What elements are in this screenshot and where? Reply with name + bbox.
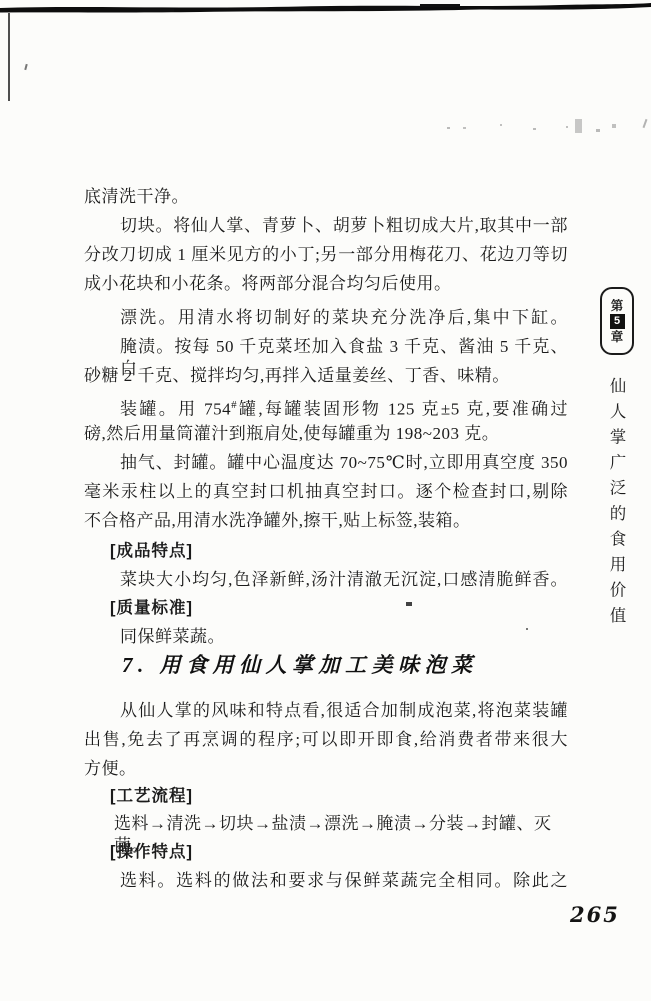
bracket-heading-process-flow: [工艺流程] — [84, 785, 568, 807]
section-heading: 7. 用食用仙人掌加工美味泡菜 — [84, 649, 478, 679]
body-line-text: 装罐。用 754 — [120, 400, 231, 419]
scanned-book-page: 底清洗干净。 切块。将仙人掌、青萝卜、胡萝卜粗切成大片,取其中一部 分改刀切成 … — [0, 0, 651, 1001]
body-line: 装罐。用 754#罐,每罐装固形物 125 克±5 克,要准确过 — [84, 394, 568, 421]
body-line: 毫米汞柱以上的真空封口机抽真空封口。逐个检查封口,剔除 — [84, 481, 568, 503]
chapter-tab-prefix: 第 — [611, 299, 624, 313]
page-number: 265 — [570, 902, 620, 927]
body-line: 砂糖 2 千克、搅拌均匀,再拌入适量姜丝、丁香、味精。 — [84, 365, 568, 387]
body-line: 方便。 — [84, 758, 568, 780]
bracket-heading-operation-points: [操作特点] — [84, 841, 568, 863]
scan-edge-artifact — [0, 0, 651, 16]
body-line-text: 罐,每罐装固形物 125 克±5 克,要准确过 — [237, 400, 568, 419]
body-line: 漂洗。用清水将切制好的菜块充分洗净后,集中下缸。 — [84, 307, 568, 329]
body-line: 抽气、封罐。罐中心温度达 70~75℃时,立即用真空度 350 — [84, 452, 568, 474]
body-line: 出售,免去了再烹调的程序;可以即开即食,给消费者带来很大 — [84, 729, 568, 751]
body-line: 磅,然后用量筒灌汁到瓶肩处,使每罐重为 198~203 克。 — [84, 423, 568, 445]
body-line: 成小花块和小花条。将两部分混合均匀后使用。 — [84, 273, 568, 295]
chapter-number-badge: 5 — [610, 314, 625, 329]
chapter-tab: 第 5 章 — [600, 287, 634, 355]
body-line: 分改刀切成 1 厘米见方的小丁;另一部分用梅花刀、花边刀等切 — [84, 244, 568, 266]
body-line: 选料。选料的做法和要求与保鲜菜蔬完全相同。除此之 — [84, 870, 568, 892]
body-line: 从仙人掌的风味和特点看,很适合加制成泡菜,将泡菜装罐 — [84, 700, 568, 722]
body-line: 底清洗干净。 — [84, 186, 568, 208]
body-line: 同保鲜菜蔬。 — [84, 626, 568, 648]
body-line: 菜块大小均匀,色泽新鲜,汤汁清澈无沉淀,口感清脆鲜香。 — [84, 569, 568, 591]
body-line: 切块。将仙人掌、青萝卜、胡萝卜粗切成大片,取其中一部 — [84, 215, 568, 237]
scan-border-line-artifact — [8, 13, 10, 101]
chapter-tab-suffix: 章 — [611, 330, 624, 344]
bracket-heading-product-features: [成品特点] — [84, 540, 568, 562]
body-line: 不合格产品,用清水洗净罐外,擦干,贴上标签,装箱。 — [84, 510, 568, 532]
chapter-side-title: 仙人掌广泛的食用价值 — [604, 377, 628, 632]
bracket-heading-quality-standard: [质量标准] — [84, 597, 568, 619]
